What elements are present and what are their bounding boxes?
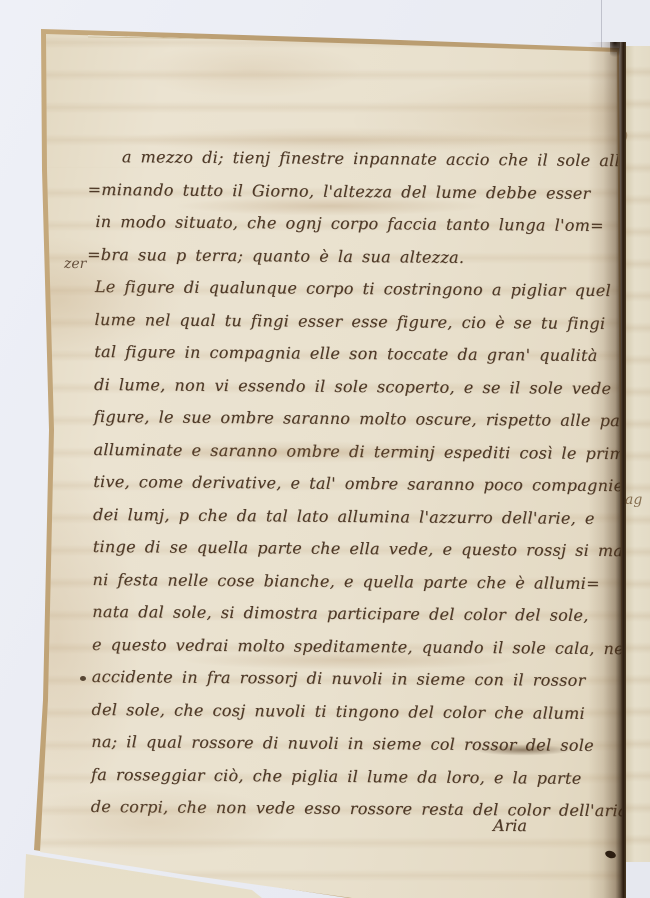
margin-mark: zer bbox=[64, 256, 86, 272]
manuscript-line: alluminate e saranno ombre di terminj es… bbox=[93, 433, 638, 470]
manuscript-line: figure, le sue ombre saranno molto oscur… bbox=[94, 401, 639, 438]
manuscript-line: de corpi, che non vede esso rossore rest… bbox=[91, 791, 636, 828]
catchword: Aria bbox=[440, 815, 580, 835]
manuscript-line: accidente in fra rossorj di nuvoli in si… bbox=[92, 661, 637, 698]
manuscript-line: di lume, non vi essendo il sole scoperto… bbox=[94, 368, 639, 405]
manuscript-line: tal figure in compagnia elle son toccate… bbox=[94, 336, 639, 373]
manuscript-line: in modo situato, che ognj corpo faccia t… bbox=[95, 206, 640, 243]
manuscript-line: del sole, che cosj nuvoli ti tingono del… bbox=[91, 693, 636, 730]
manuscript-line: e questo vedrai molto speditamente, quan… bbox=[92, 628, 637, 665]
manuscript-line: ni festa nelle cose bianche, e quella pa… bbox=[92, 563, 637, 600]
text-block: a mezzo di; tienj finestre inpannate acc… bbox=[91, 141, 641, 828]
manuscript-line: =bra sua p terra; quanto è la sua altezz… bbox=[87, 238, 640, 275]
manuscript-line: a mezzo di; tienj finestre inpannate acc… bbox=[96, 141, 641, 178]
manuscript-page: zer a mezzo di; tienj finestre inpannate… bbox=[0, 0, 650, 898]
manuscript-line: fa rosseggiar ciò, che piglia il lume da… bbox=[91, 758, 636, 795]
manuscript-line: lume nel qual tu fingi esser esse figure… bbox=[94, 303, 639, 340]
manuscript-line: Le figure di qualunque corpo ti costring… bbox=[95, 271, 640, 308]
manuscript-line: tinge di se quella parte che ella vede, … bbox=[93, 531, 638, 568]
manuscript-line: nata dal sole, si dimostra participare d… bbox=[92, 596, 637, 633]
manuscript-line: dei lumj, p che da tal lato allumina l'a… bbox=[93, 498, 638, 535]
manuscript-line: =minando tutto il Giorno, l'altezza del … bbox=[87, 173, 640, 210]
manuscript-line: na; il qual rossore di nuvoli in sieme c… bbox=[91, 726, 636, 763]
adjacent-page-sliver: ) ag bbox=[622, 46, 650, 862]
margin-dot bbox=[80, 676, 86, 681]
manuscript-line: tive, come derivative, e tal' ombre sara… bbox=[93, 466, 638, 503]
adjacent-page-text-fragment: ag bbox=[625, 492, 642, 508]
binding-gutter bbox=[588, 42, 626, 898]
scanned-manuscript-photo: zer a mezzo di; tienj finestre inpannate… bbox=[0, 0, 650, 898]
